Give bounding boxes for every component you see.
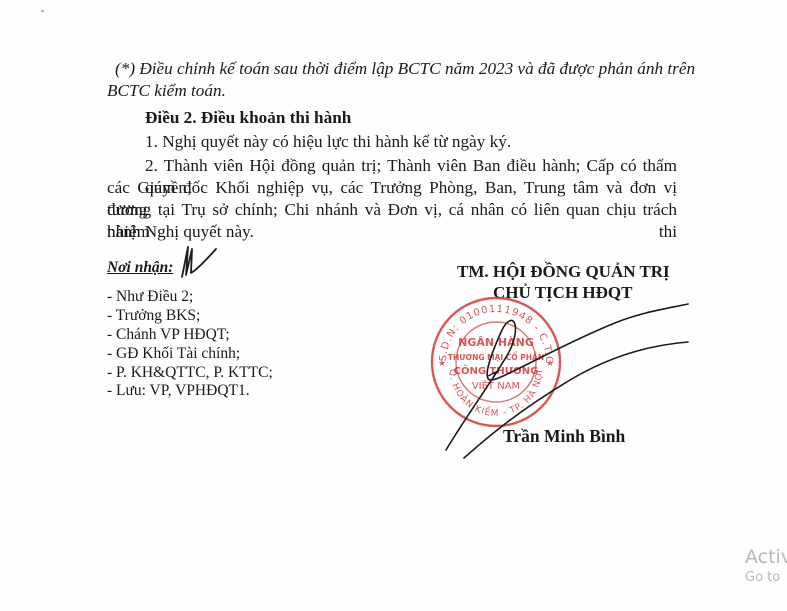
stamp-line-1: NGÂN HÀNG	[458, 336, 534, 349]
windows-activation-watermark: Activ Go to	[745, 545, 787, 587]
activation-title: Activ	[745, 545, 787, 569]
stamp-line-4: VIỆT NAM	[472, 379, 520, 392]
adjustment-note-line-2: BCTC kiểm toán.	[107, 80, 226, 102]
company-stamp-icon: M.S.D.N: 0100111948 - C.T.C.P Q. HOÀN KI…	[428, 294, 564, 430]
article-heading: Điều 2. Điều khoản thi hành	[145, 107, 351, 129]
initials-signature-icon	[178, 243, 218, 279]
activation-subtitle[interactable]: Go to	[745, 569, 787, 587]
recipient-item: - P. KH&QTTC, P. KTTC;	[107, 363, 273, 383]
recipient-item: - GĐ Khối Tài chính;	[107, 344, 240, 364]
document-page: (*) Điều chỉnh kế toán sau thời điểm lập…	[0, 0, 787, 611]
signature-title-1: TM. HỘI ĐỒNG QUẢN TRỊ	[457, 262, 670, 282]
stamp-line-2: THƯƠNG MẠI CỔ PHẦN	[448, 352, 544, 362]
scan-speck	[41, 10, 44, 12]
recipient-item: - Như Điều 2;	[107, 287, 193, 307]
svg-text:★: ★	[438, 358, 446, 368]
recipient-item: - Chánh VP HĐQT;	[107, 325, 230, 345]
svg-text:★: ★	[546, 358, 554, 368]
recipients-title: Nơi nhận:	[107, 259, 173, 277]
recipient-item: - Trưởng BKS;	[107, 306, 200, 326]
signer-name: Trần Minh Bình	[503, 426, 625, 447]
adjustment-note-line-1: (*) Điều chỉnh kế toán sau thời điểm lập…	[115, 58, 695, 80]
clause-1: 1. Nghị quyết này có hiệu lực thi hành k…	[145, 131, 511, 153]
recipient-item: - Lưu: VP, VPHĐQT1.	[107, 381, 250, 401]
stamp-line-3: CÔNG THƯƠNG	[454, 364, 539, 377]
clause-2-line-4: hành Nghị quyết này.	[107, 221, 254, 243]
